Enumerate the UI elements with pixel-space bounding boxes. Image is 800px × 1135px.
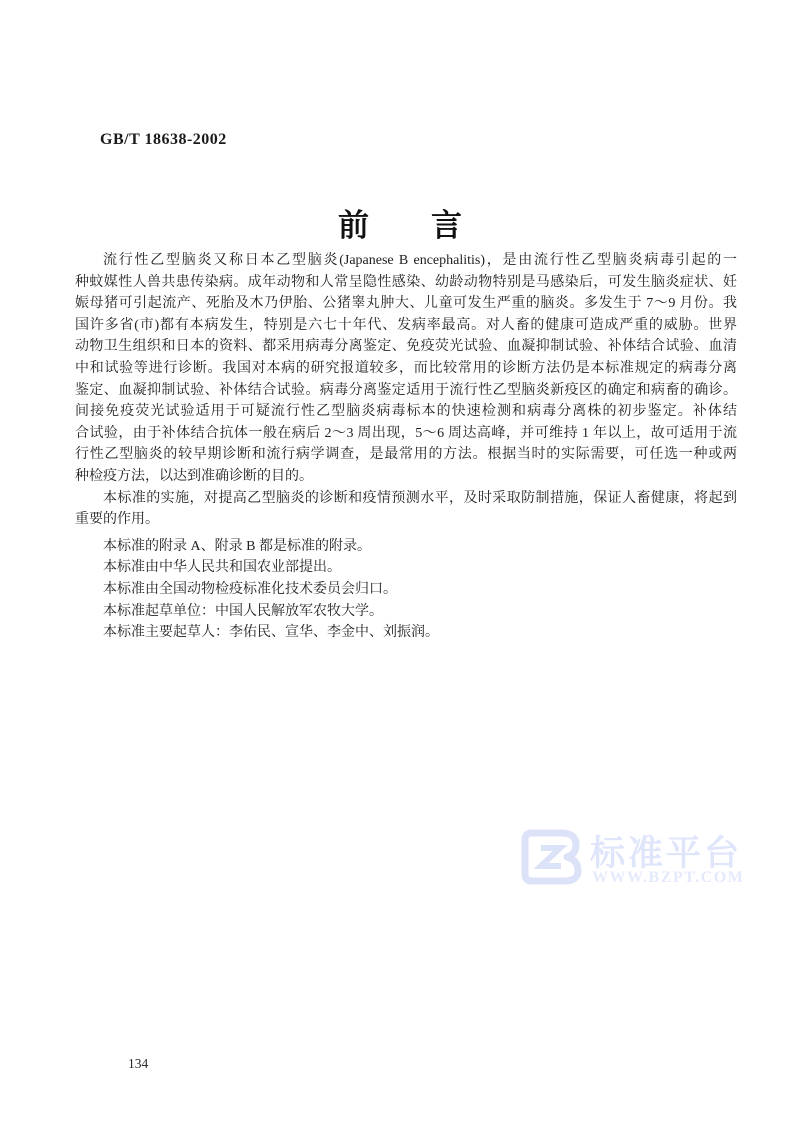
- note-line-proposed-by: 本标准由中华人民共和国农业部提出。: [75, 557, 737, 579]
- paragraph1-line: 国许多省(市)都有本病发生，特别是六七十年代、发病率最高。对人畜的健康可造成严重…: [75, 315, 737, 337]
- paragraph1-line: 合试验，由于补体结合抗体一般在病后 2～3 周出现，5～6 周达高峰，并可维持 …: [75, 423, 737, 445]
- page-number: 134: [128, 1056, 148, 1072]
- standard-notes-list: 本标准的附录 A、附录 B 都是标准的附录。 本标准由中华人民共和国农业部提出。…: [75, 536, 737, 644]
- paragraph1-line: 鉴定、血凝抑制试验、补体结合试验。病毒分离鉴定适用于流行性乙型脑炎新疫区的确定和…: [75, 380, 737, 402]
- document-page: GB/T 18638-2002 前 言 流行性乙型脑炎又称日本乙型脑炎(Japa…: [0, 0, 800, 1135]
- note-line-drafting-unit: 本标准起草单位：中国人民解放军农牧大学。: [75, 601, 737, 623]
- paragraph2-line: 重要的作用。: [75, 509, 737, 531]
- note-line-annexes: 本标准的附录 A、附录 B 都是标准的附录。: [75, 536, 737, 558]
- bzpt-logo-icon: [520, 828, 584, 891]
- paragraph1-line: 间接免疫荧光试验适用于可疑流行性乙型脑炎病毒标本的快速检测和病毒分离株的初步鉴定…: [75, 401, 737, 423]
- foreword-body: 流行性乙型脑炎又称日本乙型脑炎(Japanese B encephalitis)…: [75, 250, 737, 644]
- paragraph1-line: 种检疫方法，以达到准确诊断的目的。: [75, 466, 737, 488]
- paragraph2-line: 本标准的实施，对提高乙型脑炎的诊断和疫情预测水平，及时采取防制措施，保证人畜健康…: [75, 488, 737, 510]
- paragraph1-line: 流行性乙型脑炎又称日本乙型脑炎(Japanese B encephalitis)…: [75, 250, 737, 272]
- paragraph1-line: 行性乙型脑炎的较早期诊断和流行病学调查，是最常用的方法。根据当时的实际需要，可任…: [75, 444, 737, 466]
- standard-number: GB/T 18638-2002: [100, 131, 227, 149]
- paragraph1-line: 中和试验等进行诊断。我国对本病的研究报道较多，而比较常用的诊断方法仍是本标准规定…: [75, 358, 737, 380]
- bzpt-watermark: 标准平台 WWW.BZPT.COM: [520, 826, 740, 898]
- paragraph1-line: 动物卫生组织和日本的资料、都采用病毒分离鉴定、免疫荧光试验、血凝抑制试验、补体结…: [75, 336, 737, 358]
- paragraph1-line: 种蚊媒性人兽共患传染病。成年动物和人常呈隐性感染、幼龄动物特别是马感染后，可发生…: [75, 272, 737, 294]
- note-line-drafters: 本标准主要起草人：李佑民、宣华、李金中、刘振润。: [75, 622, 737, 644]
- paragraph1-line: 娠母猪可引起流产、死胎及木乃伊胎、公猪睾丸肿大、儿童可发生严重的脑炎。多发生于 …: [75, 293, 737, 315]
- note-line-centralized-by: 本标准由全国动物检疫标准化技术委员会归口。: [75, 579, 737, 601]
- foreword-title: 前 言: [0, 200, 800, 245]
- watermark-url-text: WWW.BZPT.COM: [592, 869, 744, 887]
- watermark-brand-text: 标准平台: [590, 826, 742, 876]
